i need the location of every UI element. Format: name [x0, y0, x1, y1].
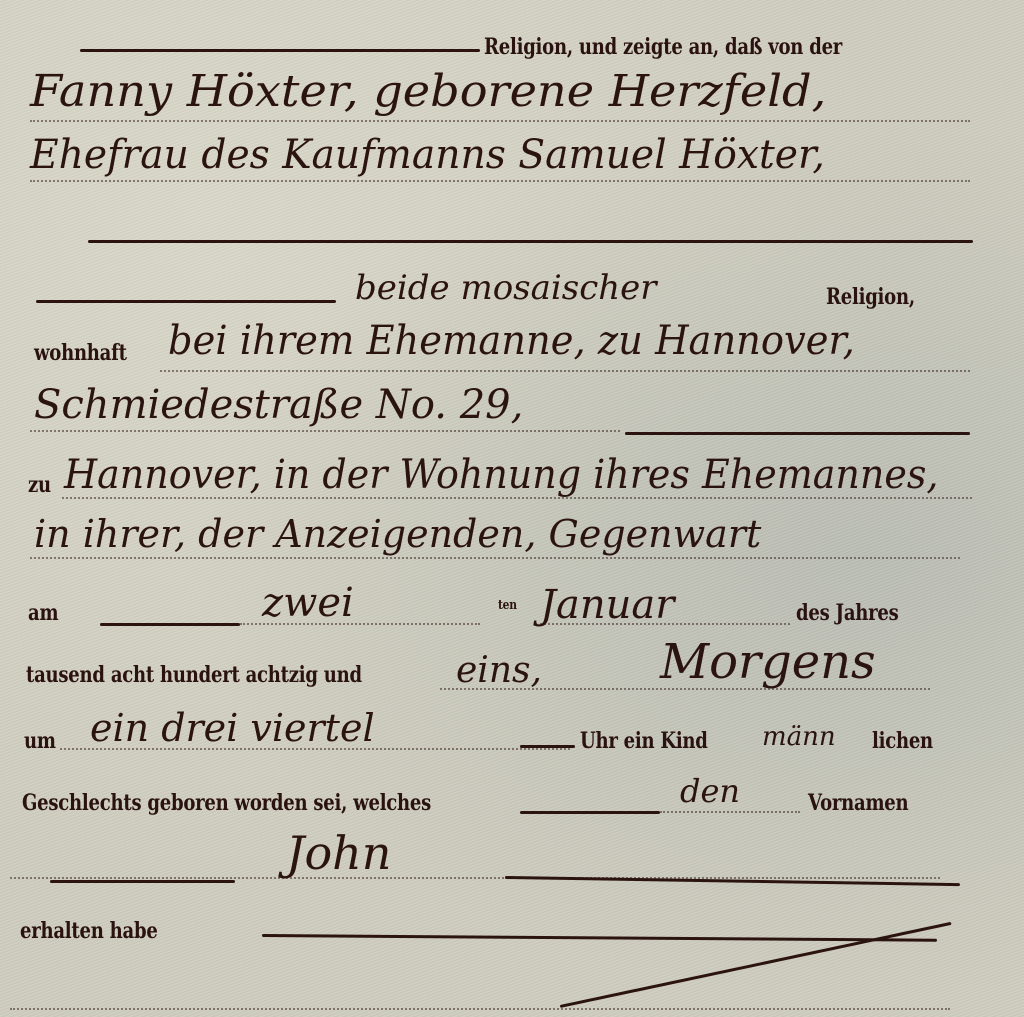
dotted-line [30, 557, 960, 559]
printed-wohnhaft-label: wohnhaft [34, 340, 127, 366]
cancel-strike-line [560, 922, 952, 1008]
dotted-line [660, 811, 800, 813]
printed-um-label: um [24, 728, 56, 754]
printed-lichen-suffix: lichen [872, 728, 933, 754]
printed-erhalten-habe-text: erhalten habe [20, 918, 158, 944]
printed-geschlechts-text: Geschlechts geboren worden sei, welches [22, 790, 431, 816]
handwritten-year-digit: eins, [456, 650, 542, 691]
printed-year-prefix: tausend acht hundert achtzig und [26, 662, 362, 688]
blank-rule [80, 49, 480, 52]
printed-des-jahres-label: des Jahres [796, 600, 899, 626]
handwritten-gender: männ [762, 722, 836, 752]
handwritten-residence: bei ihrem Ehemanne, zu Hannover, [168, 318, 855, 364]
dotted-line [10, 1008, 950, 1010]
blank-rule [36, 300, 336, 303]
handwritten-street-address: Schmiedestraße No. 29, [34, 382, 523, 428]
handwritten-month: Januar [540, 582, 674, 628]
dotted-line [30, 180, 970, 182]
handwritten-birth-place: Hannover, in der Wohnung ihres Ehemannes… [64, 452, 938, 498]
blank-rule [520, 745, 575, 748]
dotted-line [30, 120, 970, 122]
handwritten-hour: ein drei viertel [90, 706, 375, 750]
blank-rule [88, 240, 973, 243]
dotted-line [160, 370, 970, 372]
blank-rule [262, 934, 937, 942]
handwritten-father-occupation-name: Ehefrau des Kaufmanns Samuel Höxter, [30, 132, 825, 178]
blank-rule [100, 623, 240, 626]
handwritten-den: den [680, 772, 740, 810]
handwritten-religion: beide mosaischer [355, 268, 657, 308]
handwritten-mother-name: Fanny Höxter, geborene Herzfeld, [30, 66, 826, 117]
printed-zu-label: zu [28, 472, 51, 498]
handwritten-day: zwei [262, 580, 354, 626]
printed-ten-suffix: ten [498, 598, 517, 613]
printed-uhr-kind-label: Uhr ein Kind [580, 728, 708, 754]
dotted-line [10, 877, 940, 879]
printed-vornamen-label: Vornamen [808, 790, 908, 816]
handwritten-time-of-day: Morgens [660, 634, 876, 690]
printed-religion-label: Religion, [826, 284, 915, 310]
handwritten-presence-note: in ihrer, der Anzeigenden, Gegenwart [34, 512, 761, 556]
printed-religion-text: Religion, und zeigte an, daß von der [484, 34, 842, 60]
birth-record-page: Religion, und zeigte an, daß von der Fan… [0, 0, 1024, 1017]
blank-rule [625, 432, 970, 435]
handwritten-child-name: John [286, 826, 391, 880]
printed-am-label: am [28, 600, 58, 626]
blank-rule [520, 811, 660, 814]
blank-rule [50, 880, 235, 883]
dotted-line [30, 430, 620, 432]
